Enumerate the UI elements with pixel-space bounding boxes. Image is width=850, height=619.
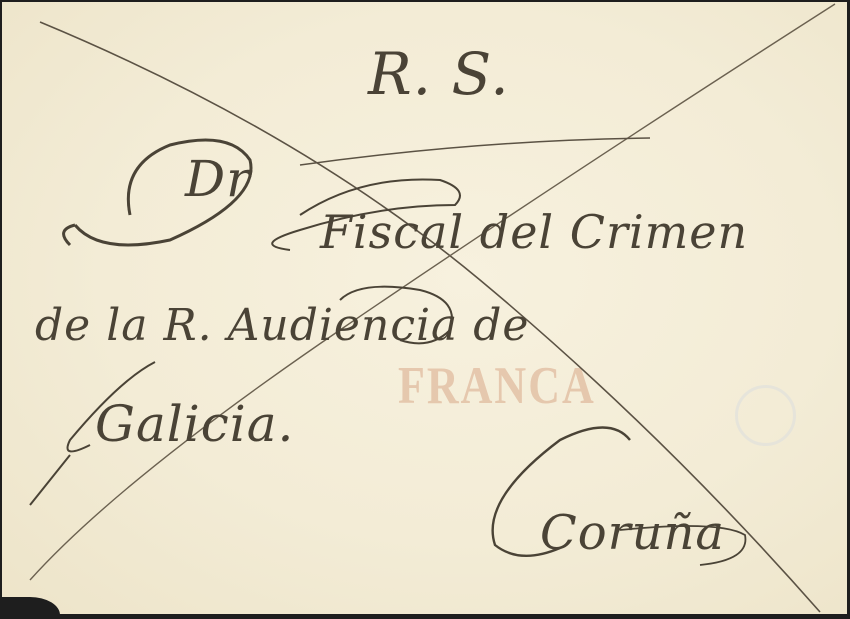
address-line-fiscal: Fiscal del Crimen (320, 205, 748, 259)
address-line-galicia: Galicia. (95, 395, 294, 453)
address-line-audiencia: de la R. Audiencia de (35, 300, 529, 351)
cover-photo: FRANCA R. S. Dr Fiscal del Crimen de la … (0, 0, 850, 619)
address-line-dr: Dr (185, 150, 251, 208)
header-mark-rs: R. S. (368, 40, 510, 108)
destination-city: Coruña (540, 505, 725, 561)
